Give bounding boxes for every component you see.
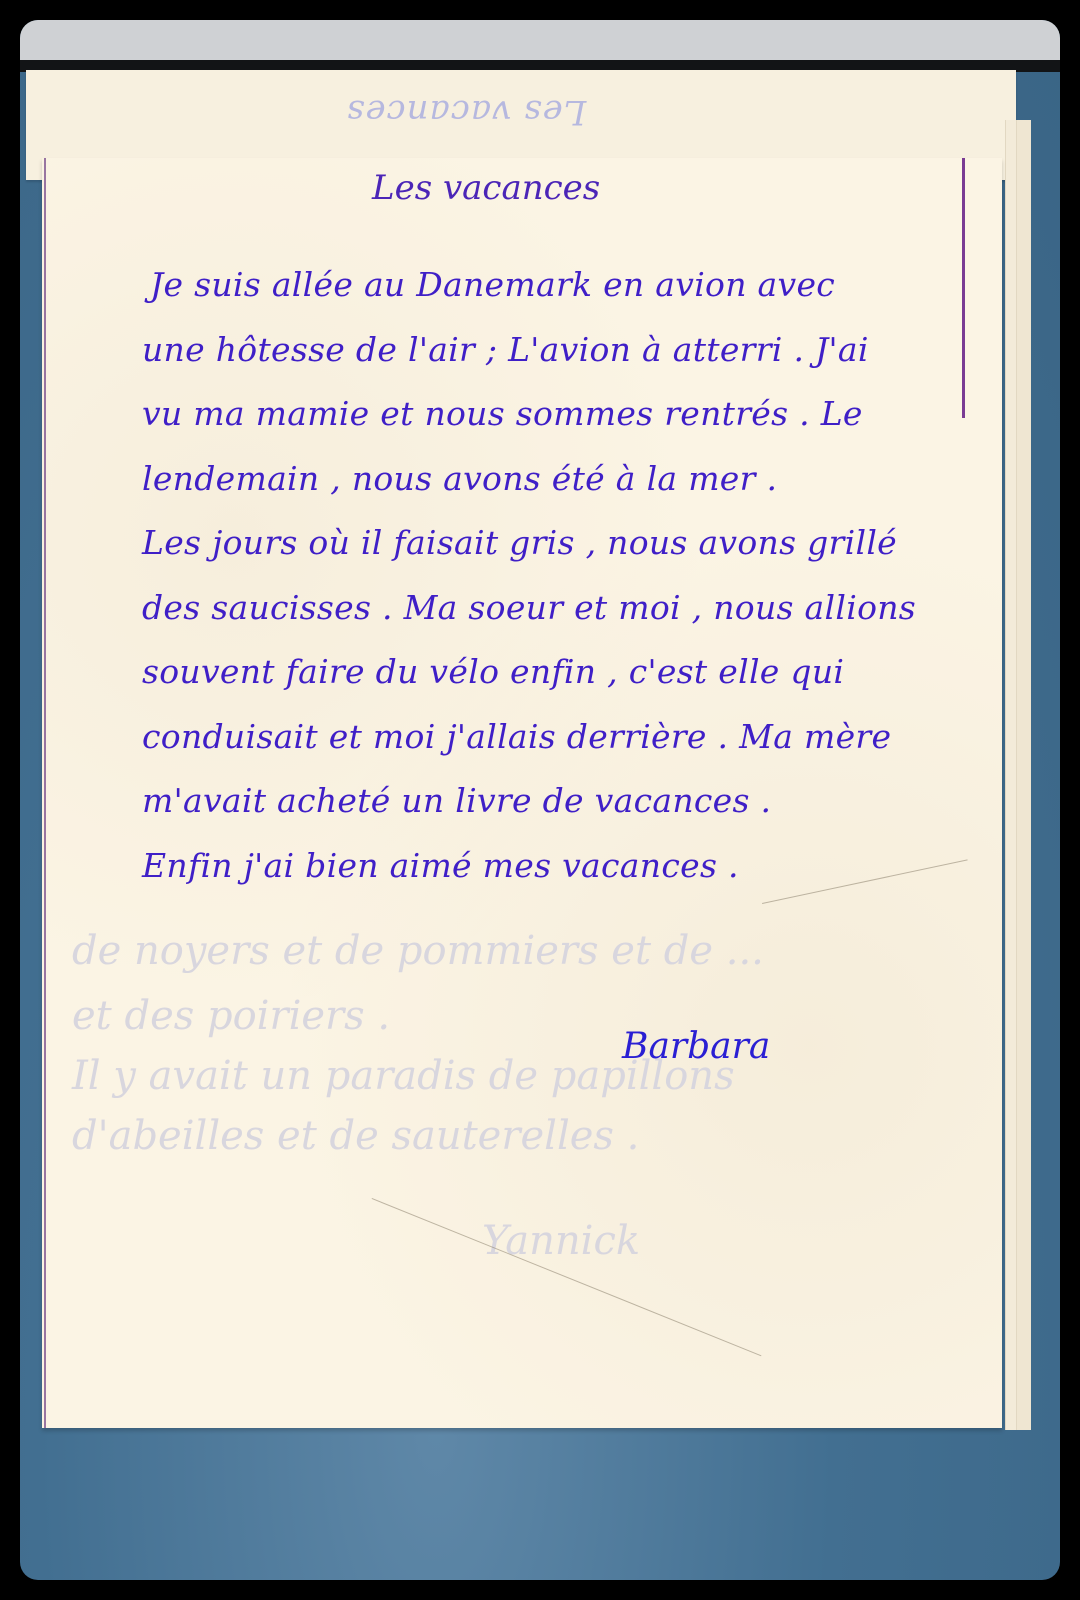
body-line: vu ma mamie et nous sommes rentrés . Le [142, 382, 962, 447]
composition-title: Les vacances [372, 168, 600, 208]
upside-down-bleed-title: Les vacances [346, 92, 586, 132]
paper-stack-edge [1016, 120, 1031, 1430]
photo-frame: Les vacances de noyers et de pommiers et… [20, 20, 1060, 1580]
show-through-line: de noyers et de pommiers et de ... [72, 928, 764, 974]
body-line: Enfin j'ai bien aimé mes vacances . [142, 834, 962, 899]
body-line: m'avait acheté un livre de vacances . [142, 769, 962, 834]
body-line: des saucisses . Ma soeur et moi , nous a… [142, 576, 962, 641]
handwritten-page: de noyers et de pommiers et de ... et de… [42, 158, 1002, 1428]
signature: Barbara [622, 1026, 770, 1067]
scanner-lid-strip [20, 20, 1060, 60]
composition-body: Je suis allée au Danemark en avion avec … [142, 253, 962, 898]
show-through-line: d'abeilles et de sauterelles . [72, 1113, 639, 1159]
body-line: Les jours où il faisait gris , nous avon… [142, 511, 962, 576]
body-line: lendemain , nous avons été à la mer . [142, 447, 962, 512]
right-margin-rule [962, 158, 965, 418]
body-line: souvent faire du vélo enfin , c'est elle… [142, 640, 962, 705]
body-line: conduisait et moi j'allais derrière . Ma… [142, 705, 962, 770]
show-through-line: et des poiriers . [72, 993, 390, 1039]
body-line: une hôtesse de l'air ; L'avion à atterri… [142, 318, 962, 383]
show-through-signature: Yannick [482, 1218, 640, 1264]
body-line: Je suis allée au Danemark en avion avec [142, 253, 962, 318]
left-margin-rule [44, 158, 46, 1428]
